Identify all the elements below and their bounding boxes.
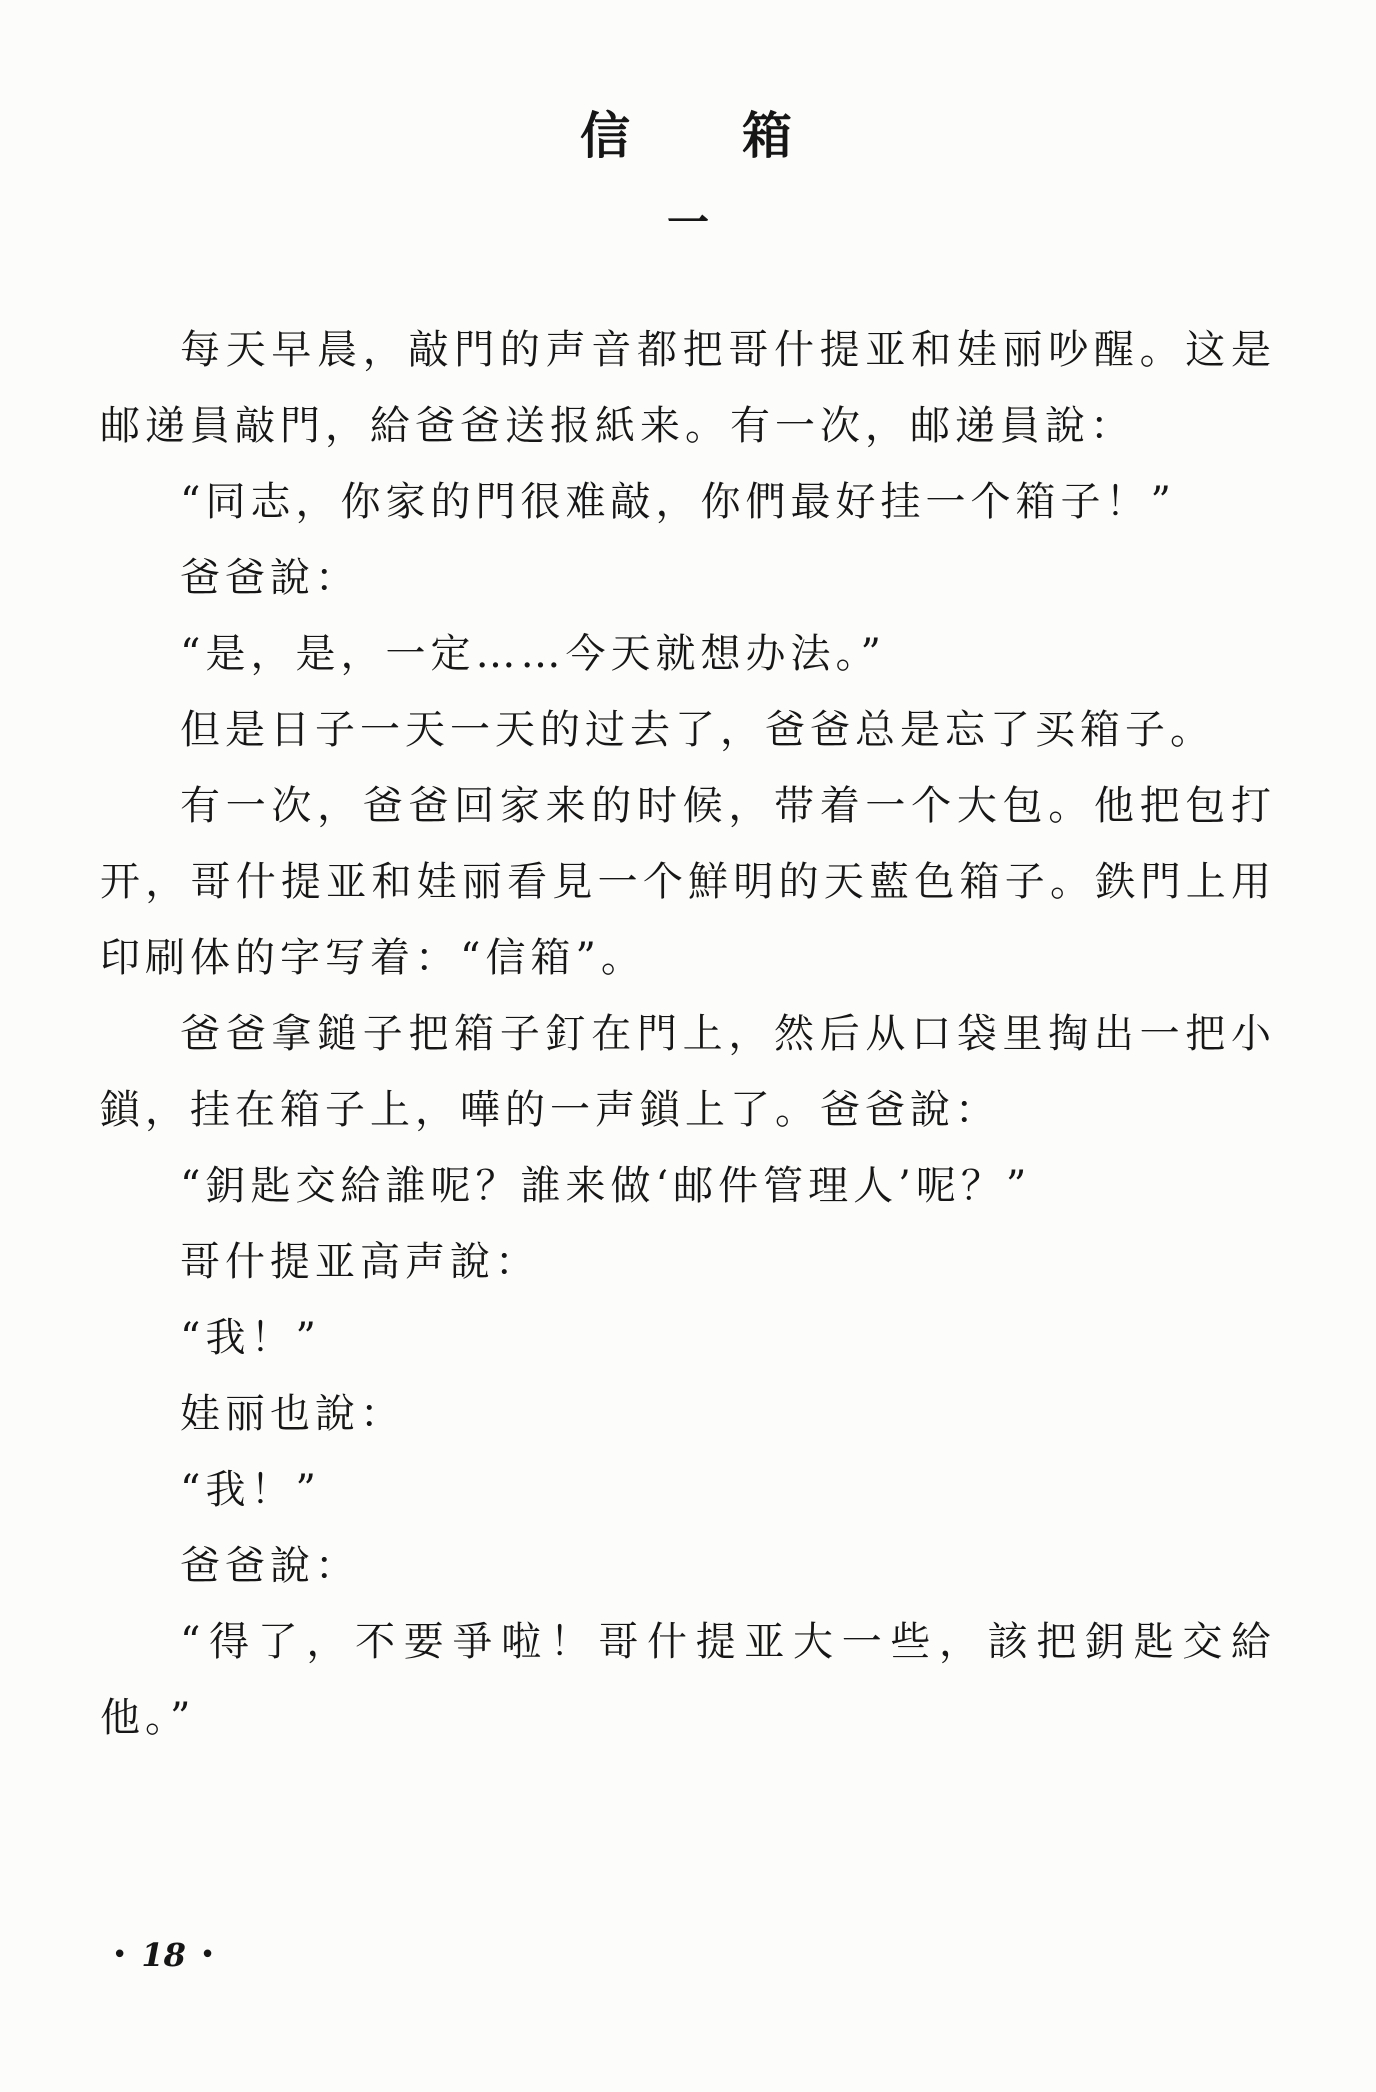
paragraph-12: “我！” <box>100 1452 1276 1528</box>
paragraph-8: “鈅匙交給誰呢？誰来做‘邮件管理人’呢？” <box>100 1148 1276 1224</box>
paragraph-3: 爸爸說： <box>100 540 1276 616</box>
paragraph-4: “是，是，一定……今天就想办法。” <box>100 616 1276 692</box>
paragraph-6: 有一次，爸爸回家来的时候，带着一个大包。他把包打开，哥什提亚和娃丽看見一个鮮明的… <box>100 768 1276 996</box>
paragraph-1: 每天早晨，敲門的声音都把哥什提亚和娃丽吵醒。这是邮递員敲門，給爸爸送报紙来。有一… <box>100 312 1276 464</box>
paragraph-7: 爸爸拿鎚子把箱子釘在門上，然后从口袋里掏出一把小鎖，挂在箱子上，嘩的一声鎖上了。… <box>100 996 1276 1148</box>
paragraph-5: 但是日子一天一天的过去了，爸爸总是忘了买箱子。 <box>100 692 1276 768</box>
page-number: 18 <box>141 1936 186 1974</box>
paragraph-2: “同志，你家的門很难敲，你們最好挂一个箱子！” <box>100 464 1276 540</box>
page-footer: • 18 • <box>112 1936 215 1974</box>
story-title: 信 箱 <box>0 0 1376 168</box>
footer-right-bullet-icon: • <box>200 1942 215 1968</box>
chapter-number: 一 <box>0 190 1376 250</box>
paragraph-13: 爸爸說： <box>100 1528 1276 1604</box>
paragraph-9: 哥什提亚高声說： <box>100 1224 1276 1300</box>
paragraph-14: “得了，不要爭啦！哥什提亚大一些，該把鈅匙交給他。” <box>100 1604 1276 1756</box>
story-body: 每天早晨，敲門的声音都把哥什提亚和娃丽吵醒。这是邮递員敲門，給爸爸送报紙来。有一… <box>100 312 1276 1756</box>
footer-left-bullet-icon: • <box>112 1942 127 1968</box>
paragraph-10: “我！” <box>100 1300 1276 1376</box>
book-page: 信 箱 一 每天早晨，敲門的声音都把哥什提亚和娃丽吵醒。这是邮递員敲門，給爸爸送… <box>0 0 1376 2092</box>
paragraph-11: 娃丽也說： <box>100 1376 1276 1452</box>
